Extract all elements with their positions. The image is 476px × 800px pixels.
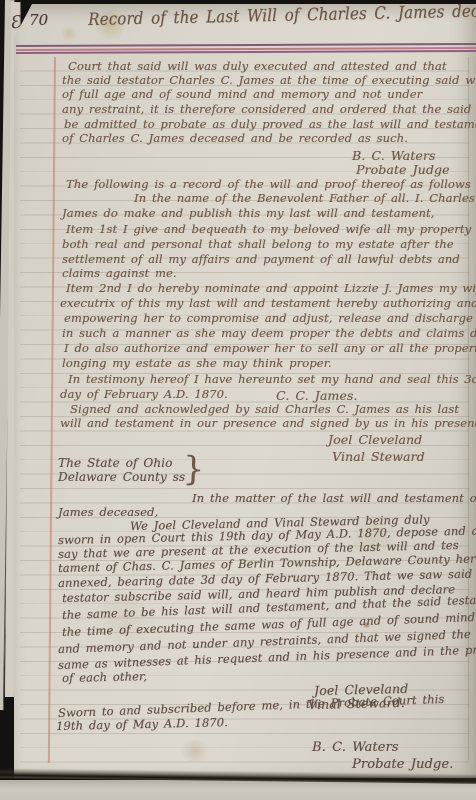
manuscript-line: James deceased, <box>58 505 158 519</box>
manuscript-line: In testimony hereof I have hereunto set … <box>68 372 476 386</box>
manuscript-line: In the matter of the last will and testa… <box>192 491 476 505</box>
paper-stain <box>178 740 212 762</box>
testator-signature: C. C. James. <box>276 388 357 403</box>
manuscript-line: I do also authorize and empower her to s… <box>64 341 476 355</box>
manuscript-line: claims against me. <box>62 266 177 280</box>
manuscript-line: be admitted to probate as duly proved as… <box>64 117 476 131</box>
next-page-edge <box>0 780 476 800</box>
judge-signature: B. C. Waters <box>312 740 399 755</box>
manuscript-line: Item 2nd I do hereby nominate and appoin… <box>66 281 476 295</box>
judge-title: Probate Judge. <box>352 757 453 772</box>
manuscript-line: any restraint, it is therefore considere… <box>62 102 476 116</box>
ledger-scan: Ɛ 70 Record of the Last Will of Charles … <box>0 0 476 800</box>
witness-signature: Joel Cleveland <box>328 432 422 447</box>
manuscript-line: in such a manner as she may deem proper … <box>62 326 476 340</box>
manuscript-line: longing my estate as she may think prope… <box>62 356 332 370</box>
manuscript-line: Court that said will was duly executed a… <box>68 59 447 73</box>
manuscript-line: Signed and acknowledged by said Charles … <box>70 402 459 416</box>
manuscript-line: of each other, <box>62 669 147 685</box>
judge-title: Probate Judge <box>356 162 450 177</box>
venue-brace-mark: } <box>182 449 204 489</box>
manuscript-line: James do make and publish this my last w… <box>62 206 434 220</box>
manuscript-line: day of February A.D. 1870. <box>60 387 228 401</box>
manuscript-line: In the name of the Benevolent Father of … <box>134 191 476 205</box>
manuscript-line: both real and personal that shall belong… <box>62 237 454 251</box>
page-number: 70 <box>29 11 48 29</box>
manuscript-line: of Charles C. James deceased and be reco… <box>62 131 408 145</box>
manuscript-line: the said testator Charles C. James at th… <box>62 73 476 87</box>
manuscript-line: will and testament in our presence and s… <box>60 416 476 430</box>
manuscript-line: of full age and of sound mind and memory… <box>62 87 422 101</box>
paper-stain <box>60 26 78 41</box>
witness-signature: Vinal Steward <box>332 449 425 464</box>
manuscript-line: empowering her to compromise and adjust,… <box>64 311 473 325</box>
venue-state: The State of Ohio <box>58 456 172 470</box>
page-edge-flourish: Ɛ <box>9 12 22 33</box>
manuscript-line: The following is a record of the will an… <box>66 177 476 191</box>
judge-signature: B. C. Waters <box>352 148 435 163</box>
manuscript-line: Item 1st I give and bequeath to my belov… <box>66 222 471 236</box>
venue-county: Delaware County ss <box>58 470 185 484</box>
manuscript-line: executrix of this my last will and testa… <box>60 296 476 310</box>
manuscript-line: settlement of all my affairs and payment… <box>62 252 460 266</box>
